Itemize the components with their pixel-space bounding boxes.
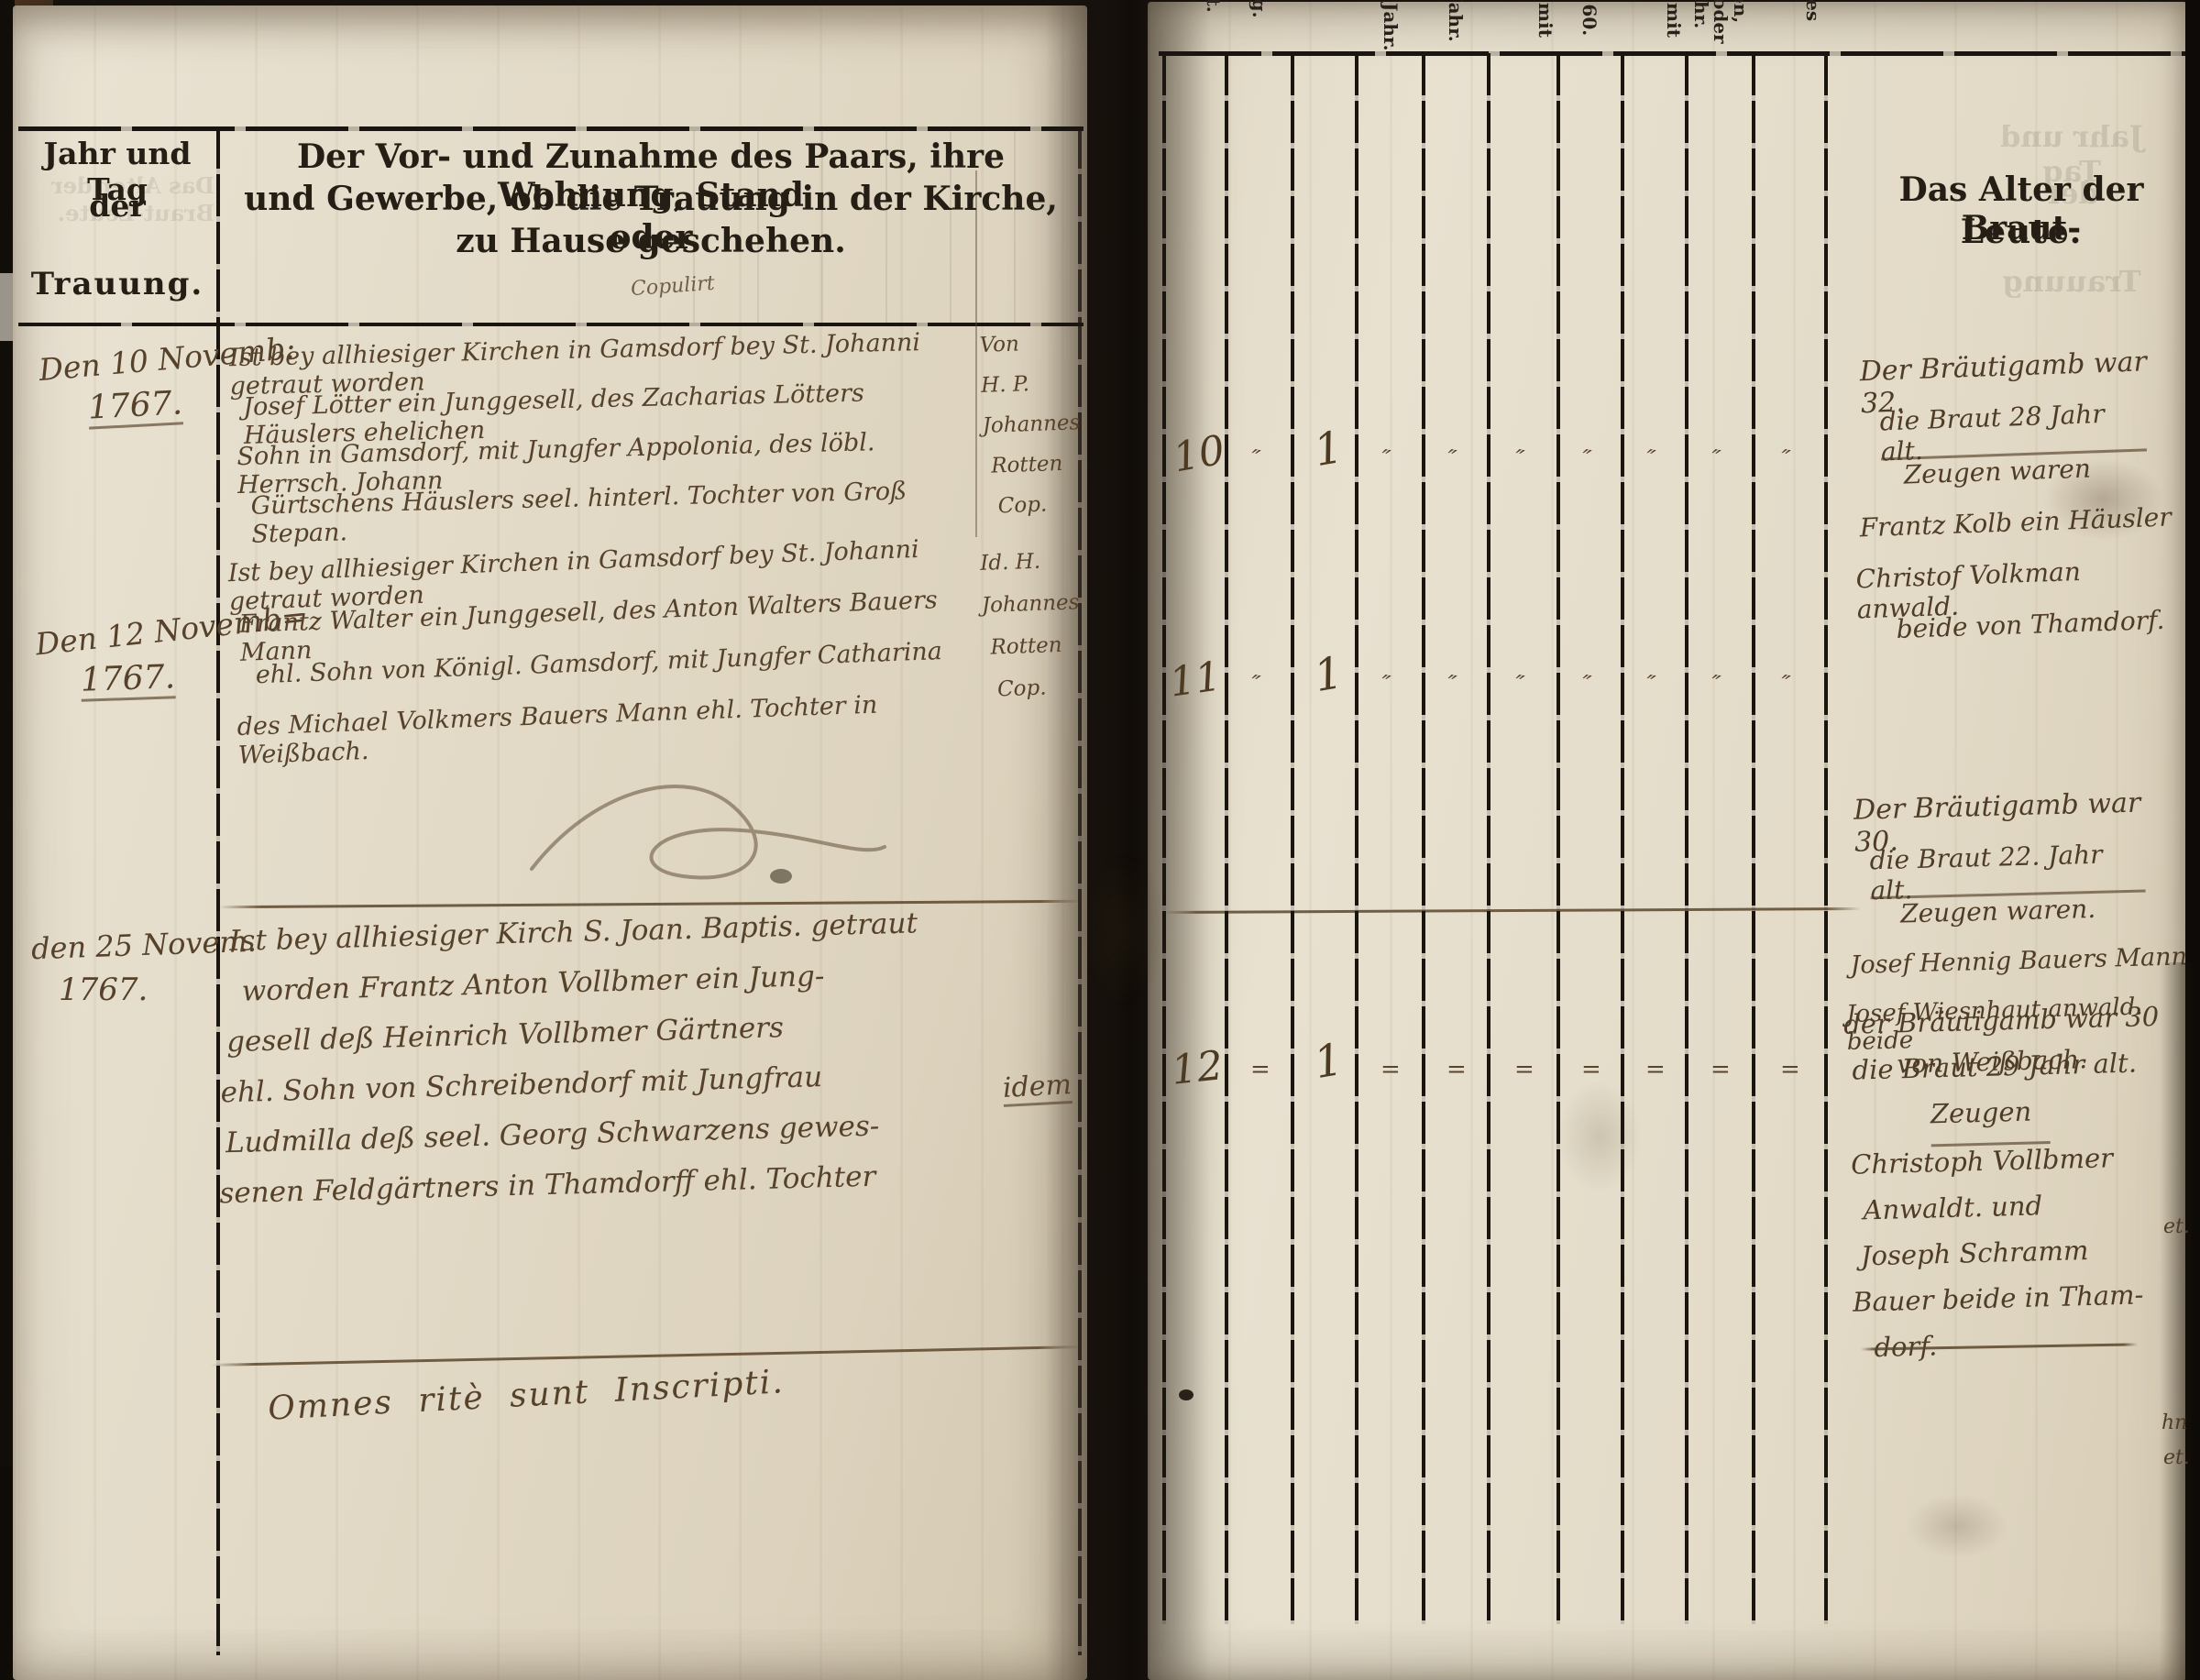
tally-row3-number: 12 [1169,1042,1225,1094]
entry1-officiant-note: Von H. P. Johannes Rotten Cop. [979,330,1085,535]
tally-column-header-wittwen-unter45: Dergleichen mit Wittwen unter 45. Jahr. [1380,0,1420,57]
entry2-officiant-line: Cop. [997,675,1085,719]
entry2-body: Ist bey allhiesiger Kirchen in Gamsdorf … [227,533,978,764]
age-entry3-line: dorf. [1874,1323,2190,1378]
tally-column-header-wittwer-ueber60-jungfern: Wittwer oder Junggesellen über 60. mit J… [1560,0,1620,57]
age-entry3-line: Zeugen [1930,1095,2050,1147]
entry2-officiant-line: Rotten [990,632,1083,677]
tally-column-header-militair: Zum Militair-Stande gehörig. [1249,0,1289,57]
tally-row2-number: 11 [1167,653,1225,706]
age-entry2-line: Zeugen waren. [1900,891,2187,950]
tally-column-header-wittwer-wittwen-unter45: Wittwer unter 60. mit Wittwen unter 45. [1644,0,1683,57]
tally-column-header-junggesellen-jungfern: Junggesellen mit Jungfern. [1314,0,1353,57]
date-column-header-line2: der [22,188,213,224]
tally-grid-line [1355,53,1358,1624]
age-entry2-line: die Braut 22. Jahr alt. [1869,838,2145,899]
tally-row3-cell: = [1380,1056,1401,1083]
register-scan: Das Alter der Braut-Leute. Jahr und Tag … [0,0,2200,1680]
tally-grid-line [1422,53,1425,1624]
tally-grid-line [1824,53,1828,1624]
age-entry3-line: Anwaldt. und [1863,1186,2186,1240]
tally-row3-cell: = [1710,1056,1731,1083]
tally-grid-line [1162,53,1166,1624]
left-header-bottom-rule [18,323,1083,326]
tally-row3-cell: = [1780,1056,1800,1083]
tally-grid-line [1556,53,1560,1624]
entry1-officiant-line: Johannes [982,411,1082,455]
age-entry2-line: Der Bräutigamb war 30. [1853,785,2184,845]
tally-row3-cell: = [1581,1056,1601,1083]
tally-row3-cell: = [1250,1056,1270,1083]
next-page-text-fragment: hn [2161,1411,2187,1434]
tally-grid-line [1487,53,1490,1624]
tally-column-header-wittwer-wittwen-ueber: Wittwer mit Wittwen, wo erster über 60. … [1691,0,1751,57]
entry2-officiant-line: Id. H. [980,548,1081,594]
ink-blot [1179,1389,1193,1400]
tally-column-header-abgeschieden: Trauungen, wo eines von beyden abgeschie… [1764,0,1823,57]
ink-flourish [513,759,898,896]
tally-column-header-wittwen-ueber45: Junggesellen mit Wittwen über 45. Jahr. [1446,0,1485,57]
age-entry1-line: die Braut 28 Jahr alt. [1879,397,2147,460]
age-entry2-line: Josef Hennig Bauers Mann [1850,942,2188,1001]
age-entry3-line: die Braut 29 Jahr alt. [1852,1046,2183,1100]
tally-row3-cell: = [1446,1056,1467,1083]
entry2-date-year: 1767. [80,658,176,702]
tally-column-header-wittwer-unter60-jungfern: Wittwer unter 60, mit Jungfern. [1515,0,1555,57]
entry3-date-year: 1767. [59,972,148,1008]
date-column-header-line3: Trauung. [22,266,213,302]
tally-grid-line [1225,53,1228,1624]
entry1-body: Ist bey allhiesiger Kirchen in Gamsdorf … [229,327,978,542]
entry1-officiant-line: H. P. [981,370,1081,414]
paper-stain [1082,852,1164,1008]
tally-row3-cell: = [1514,1056,1534,1083]
age-entry1-line: beide von Thamdorf. [1896,604,2193,665]
age-header-line2: Leute. [1861,213,2182,251]
ink-stain [2044,458,2163,541]
age-entry3: der Bräutigamb war 30 die Braut 29 Jahr … [1843,1000,2190,1378]
entry2-officiant-line: Johannes [981,590,1082,636]
paper-stain [1558,1082,1641,1191]
next-page-text-fragment: et. [2163,1446,2190,1469]
tally-column-header-num: Num. des Act. [1204,0,1224,57]
main-column-header-line3: zu Hause geschehen. [229,222,1072,260]
tally-grid-line [1621,53,1624,1624]
tally-grid-line [1685,53,1688,1624]
tally-grid-line [1291,53,1294,1624]
entry1-officiant-line: Von [979,330,1079,374]
tally-row3-cell: = [1645,1056,1666,1083]
entry3-officiant-note: idem [1002,1069,1072,1107]
entry3-body: Ist bey allhiesiger Kirch S. Joan. Bapti… [229,905,1006,1227]
paper-stain [1907,1494,2007,1558]
tally-row1-number: 10 [1170,427,1228,482]
tally-grid-line [1752,53,1755,1624]
bleed-through-text-right-line3: Trauung [1971,264,2172,299]
entry1-date-year: 1767. [87,384,183,429]
entry2-officiant-note: Id. H. Johannes Rotten Cop. [980,548,1084,720]
entry1-officiant-line: Cop. [997,491,1084,534]
entry1-officiant-line: Rotten [991,451,1083,494]
next-page-text-fragment: et. [2163,1215,2190,1238]
